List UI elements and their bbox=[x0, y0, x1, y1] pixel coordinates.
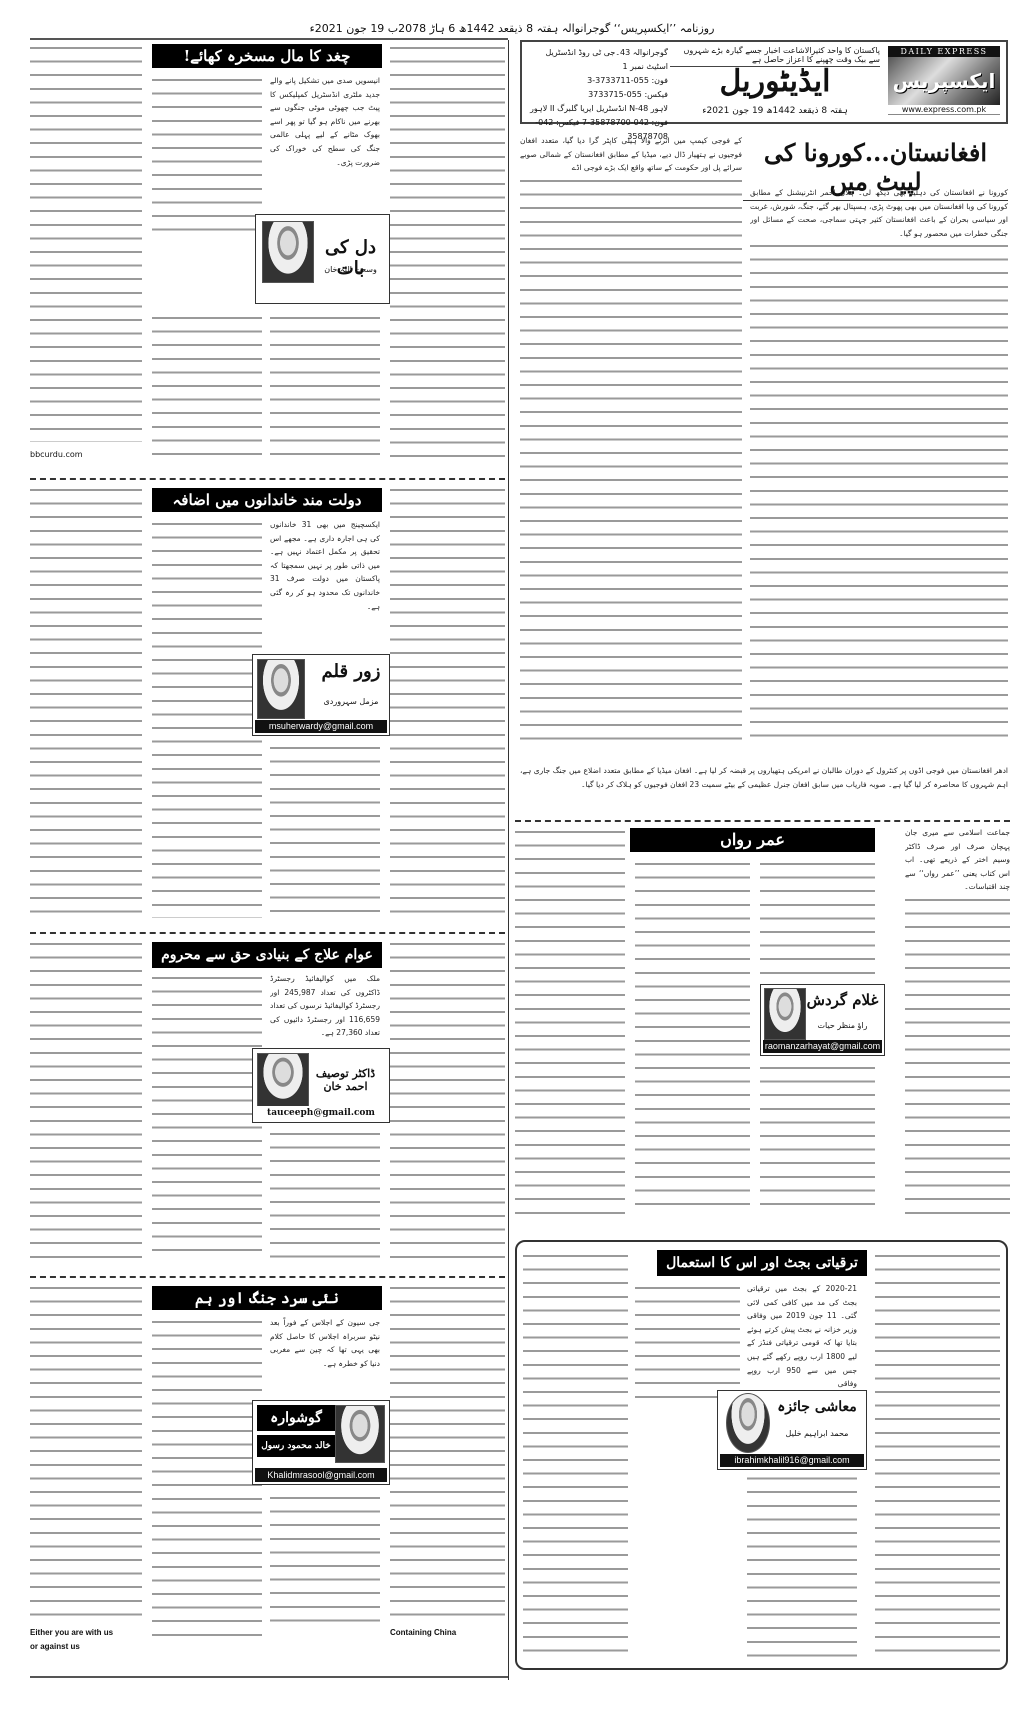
author-name: خالد محمود رسول bbox=[257, 1435, 335, 1457]
express-logo[interactable]: DAILY EXPRESS ایکسپریس www.express.com.p… bbox=[888, 46, 1000, 120]
article-daulat: دولت مند خاندانوں میں اضافہ ایکسچینج میں… bbox=[30, 484, 505, 924]
columnist-profile: ڈاکٹر توصیف احمد خان tauceeph@gmail.com bbox=[252, 1048, 390, 1123]
columnist-photo bbox=[335, 1405, 385, 1463]
article-taraqiati: ترقیاتی بجٹ اور اس کا استعمال 2020-21 کے… bbox=[515, 1240, 1008, 1670]
inline-english-phrase: Containing China bbox=[390, 1628, 505, 1637]
editorial-col-1: کورونا نے افغانستان کی دہلیز بھی دیکھ لی… bbox=[750, 186, 1008, 756]
editorial-col-2: کے فوجی کیمپ میں اترنے والا ہیلی کاپٹر گ… bbox=[520, 134, 742, 756]
author-name: مزمل سہروردی bbox=[321, 697, 381, 706]
columnist-photo bbox=[262, 221, 314, 283]
source-link[interactable]: bbcurdu.com bbox=[30, 450, 142, 459]
article-headline[interactable]: چغد کا مال مسخرہ کھائے! bbox=[152, 44, 382, 68]
author-email[interactable]: raomanzarhayat@gmail.com bbox=[763, 1040, 882, 1053]
column-name: زور قلم bbox=[321, 661, 381, 682]
column-name: معاشی جائزہ bbox=[772, 1399, 862, 1415]
article-headline[interactable]: عمر رواں bbox=[630, 828, 875, 852]
columnist-profile: غلام گردش راؤ منظر حیات raomanzarhayat@g… bbox=[760, 984, 885, 1056]
column-name: غلام گردش bbox=[805, 991, 880, 1009]
author-name: محمد ابراہیم خلیل bbox=[772, 1429, 862, 1438]
columnist-profile: گوشوارہ خالد محمود رسول Khalidmrasool@gm… bbox=[252, 1400, 390, 1485]
author-email[interactable]: tauceeph@gmail.com bbox=[255, 1106, 387, 1120]
section-divider bbox=[30, 1276, 505, 1278]
column-divider bbox=[508, 40, 509, 1680]
author-email[interactable]: ibrahimkhalil916@gmail.com bbox=[720, 1454, 864, 1467]
columnist-photo bbox=[257, 659, 305, 719]
website-link[interactable]: www.express.com.pk bbox=[888, 105, 1000, 115]
author-name: وسعت اللہ خان bbox=[318, 265, 383, 274]
logo-image: ایکسپریس bbox=[888, 57, 1000, 105]
columnist-photo bbox=[764, 988, 806, 1040]
article-awam: عوام علاج کے بنیادی حق سے محروم ملک میں … bbox=[30, 938, 505, 1268]
inline-english-phrase: or against us bbox=[30, 1642, 142, 1651]
masthead-date: ہفتہ 8 ذیقعد 1442ھ 19 جون 2021ء bbox=[670, 106, 880, 116]
section-divider bbox=[30, 478, 505, 480]
article-headline[interactable]: دولت مند خاندانوں میں اضافہ bbox=[152, 488, 382, 512]
author-email[interactable]: Khalidmrasool@gmail.com bbox=[255, 1468, 387, 1482]
inline-english-phrase: Either you are with us bbox=[30, 1628, 142, 1637]
issue-dateline: روزنامہ ’’ایکسپریس‘‘ گوجرانوالہ ہفتہ 8 ذ… bbox=[0, 22, 1024, 35]
column-name: ڈاکٹر توصیف احمد خان bbox=[308, 1067, 383, 1093]
section-title: ایڈیٹوریل bbox=[670, 64, 880, 99]
article-headline[interactable]: ترقیاتی بجٹ اور اس کا استعمال bbox=[657, 1250, 867, 1276]
editorial-closing: ادھر افغانستان میں فوجی اڈوں پر کنٹرول ک… bbox=[520, 764, 1008, 816]
article-umr-rawan: عمر رواں جماعت اسلامی سے میری جان پہچان … bbox=[515, 826, 1010, 1226]
top-rule bbox=[30, 38, 508, 40]
columnist-profile: دل کی بات وسعت اللہ خان bbox=[255, 214, 390, 304]
columnist-photo bbox=[726, 1393, 770, 1453]
columnist-profile: زور قلم مزمل سہروردی msuherwardy@gmail.c… bbox=[252, 654, 390, 736]
columnist-photo bbox=[257, 1053, 309, 1107]
masthead: DAILY EXPRESS ایکسپریس www.express.com.p… bbox=[520, 40, 1008, 124]
article-headline[interactable]: عوام علاج کے بنیادی حق سے محروم bbox=[152, 942, 382, 968]
article-headline[interactable]: نئی سرد جنگ اور ہم bbox=[152, 1286, 382, 1310]
article-chughad: چغد کا مال مسخرہ کھائے! انیسویں صدی میں … bbox=[30, 42, 505, 472]
bottom-rule bbox=[30, 1676, 508, 1678]
column-name: گوشوارہ bbox=[257, 1405, 335, 1431]
author-name: راؤ منظر حیات bbox=[805, 1021, 880, 1030]
author-email[interactable]: msuherwardy@gmail.com bbox=[255, 720, 387, 733]
columnist-profile: معاشی جائزہ محمد ابراہیم خلیل ibrahimkha… bbox=[717, 1390, 867, 1470]
article-sard-jang: نئی سرد جنگ اور ہم جی سیون کے اجلاس کے ف… bbox=[30, 1282, 505, 1672]
logo-band: DAILY EXPRESS bbox=[888, 46, 1000, 57]
editorial-section: افغانستان...کورونا کی لپیٹ میں کورونا نے… bbox=[520, 130, 1008, 765]
section-divider bbox=[515, 820, 1010, 822]
section-divider bbox=[30, 932, 505, 934]
